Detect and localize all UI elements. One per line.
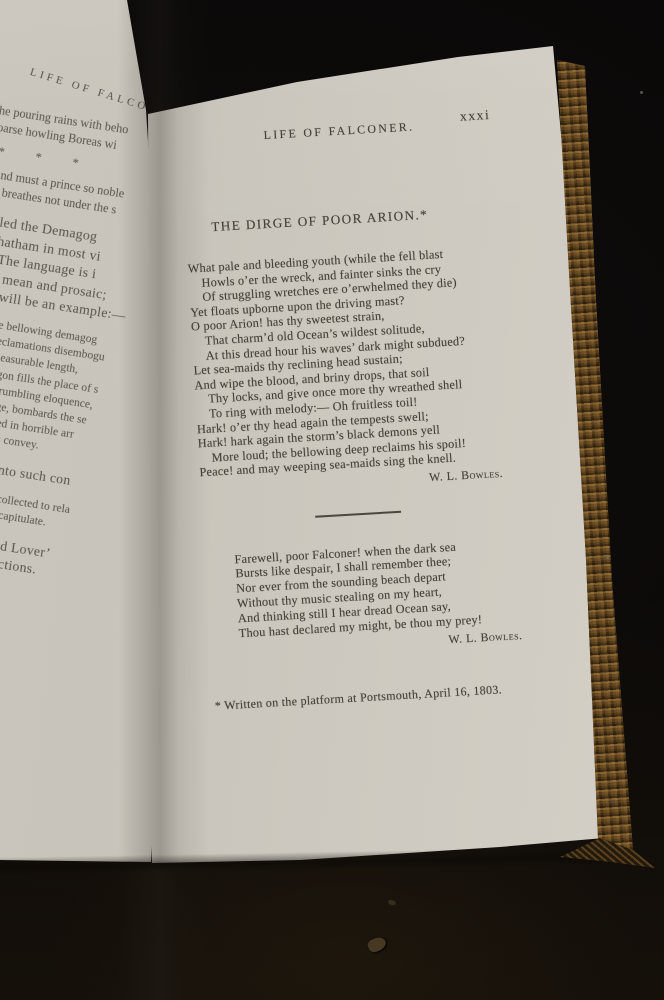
page-number: xxxi [460, 107, 491, 125]
dust-speck [606, 556, 609, 559]
section-divider-rule [315, 511, 401, 518]
footnote: * Written on the platform at Portsmouth,… [215, 679, 550, 713]
book-photograph: LIFE OF FALCONE st the pouring rains wit… [0, 0, 664, 1000]
right-page-text: LIFE OF FALCONER. xxxi THE DIRGE OF POOR… [160, 98, 553, 777]
running-header-row: LIFE OF FALCONER. xxxi [161, 113, 517, 151]
poem-dirge-of-poor-arion: What pale and bleeding youth (while the … [187, 242, 536, 480]
dust-speck [228, 228, 230, 230]
dust-speck [640, 91, 643, 94]
dust-speck [611, 800, 614, 803]
poem-farewell: Farewell, poor Falconer! when the dark s… [234, 534, 546, 641]
poem-title: THE DIRGE OF POOR ARION.* [211, 201, 522, 235]
